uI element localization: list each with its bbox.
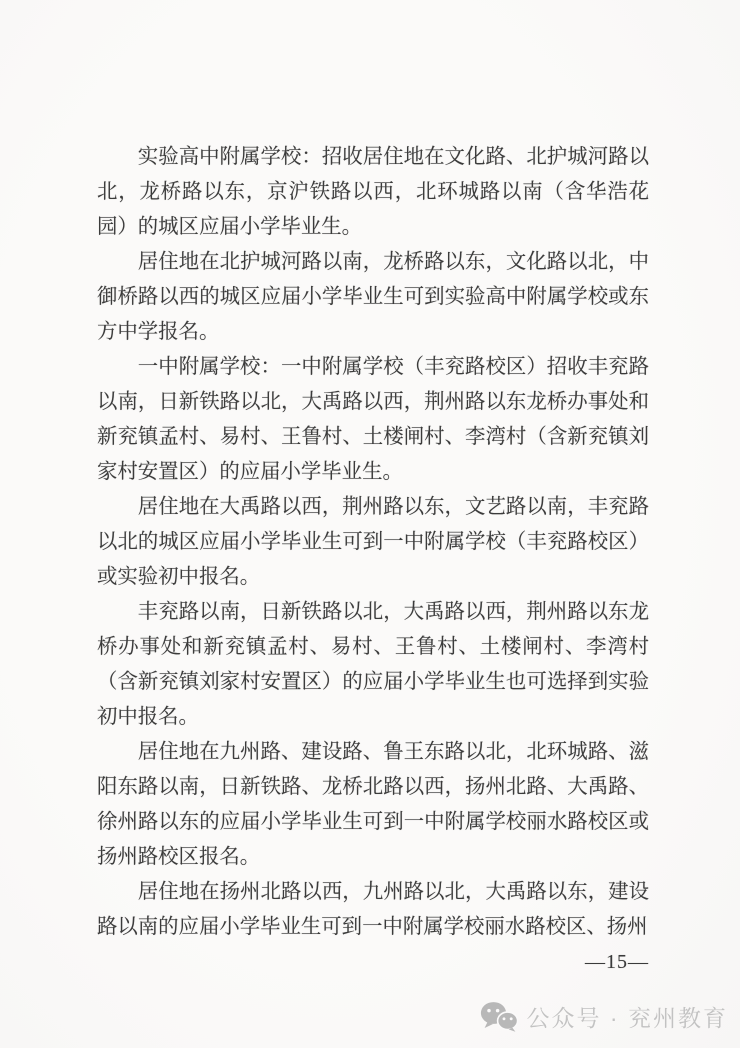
paragraph: 居住地在扬州北路以西，九州路以北，大禹路以东，建设路以南的应届小学毕业生可到一中… — [97, 875, 649, 945]
watermark-text: 公众号 · 兖州教育 — [527, 1000, 728, 1033]
wechat-icon — [480, 1001, 518, 1032]
footer-watermark: 公众号 · 兖州教育 — [480, 1000, 728, 1033]
paragraph: 实验高中附属学校：招收居住地在文化路、北护城河路以北，龙桥路以东，京沪铁路以西，… — [97, 140, 649, 245]
document-body: 实验高中附属学校：招收居住地在文化路、北护城河路以北，龙桥路以东，京沪铁路以西，… — [97, 140, 649, 980]
paragraph: 一中附属学校：一中附属学校（丰兖路校区）招收丰兖路以南，日新铁路以北，大禹路以西… — [97, 350, 649, 490]
paragraph: 居住地在北护城河路以南，龙桥路以东，文化路以北，中御桥路以西的城区应届小学毕业生… — [97, 245, 649, 350]
page-number: —15— — [97, 945, 649, 980]
paragraph: 居住地在大禹路以西，荆州路以东，文艺路以南，丰兖路以北的城区应届小学毕业生可到一… — [97, 490, 649, 595]
paragraph: 丰兖路以南，日新铁路以北，大禹路以西，荆州路以东龙桥办事处和新兖镇孟村、易村、王… — [97, 595, 649, 735]
paragraph: 居住地在九州路、建设路、鲁王东路以北，北环城路、滋阳东路以南，日新铁路、龙桥北路… — [97, 735, 649, 875]
document-page: 实验高中附属学校：招收居住地在文化路、北护城河路以北，龙桥路以东，京沪铁路以西，… — [0, 0, 740, 1048]
